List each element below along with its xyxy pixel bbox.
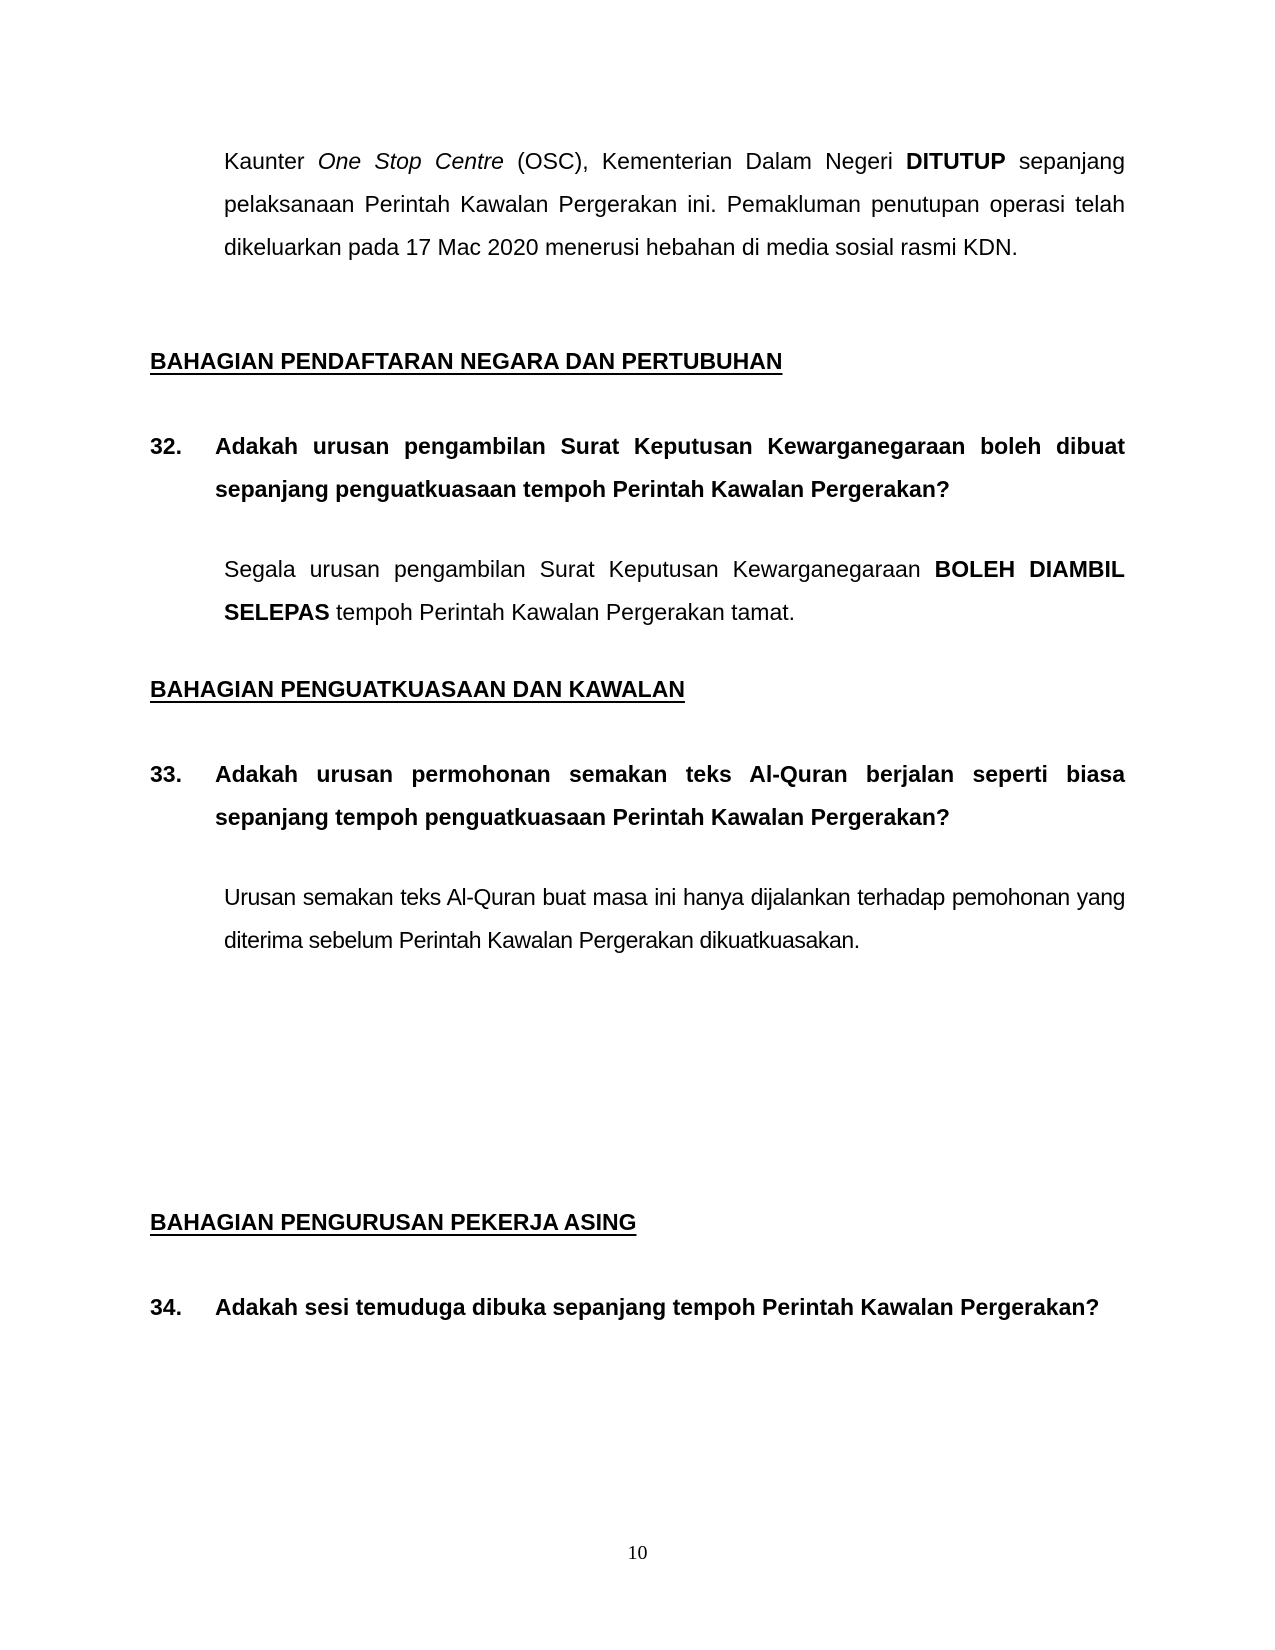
- text-run: Segala urusan pengambilan Surat Keputusa…: [224, 556, 935, 582]
- section-heading: BAHAGIAN PENGURUSAN PEKERJA ASING: [150, 1209, 636, 1236]
- question-number: 33.: [150, 753, 182, 796]
- question-text: Adakah sesi temuduga dibuka sepanjang te…: [215, 1286, 1125, 1329]
- question-text: Adakah urusan permohonan semakan teks Al…: [215, 753, 1125, 839]
- question-33: 33. Adakah urusan permohonan semakan tek…: [150, 753, 1125, 839]
- question-32: 32. Adakah urusan pengambilan Surat Kepu…: [150, 425, 1125, 511]
- answer-33: Urusan semakan teks Al-Quran buat masa i…: [224, 876, 1125, 962]
- intro-paragraph: Kaunter One Stop Centre (OSC), Kementeri…: [224, 140, 1125, 269]
- section-heading: BAHAGIAN PENDAFTARAN NEGARA DAN PERTUBUH…: [150, 348, 783, 375]
- question-text: Adakah urusan pengambilan Surat Keputusa…: [215, 425, 1125, 511]
- text-run: tempoh Perintah Kawalan Pergerakan tamat…: [330, 599, 795, 625]
- question-34: 34. Adakah sesi temuduga dibuka sepanjan…: [150, 1286, 1125, 1329]
- page-number: 10: [0, 1542, 1275, 1565]
- bold-term: DITUTUP: [906, 148, 1006, 174]
- question-number: 32.: [150, 425, 182, 468]
- question-number: 34.: [150, 1286, 182, 1329]
- answer-32: Segala urusan pengambilan Surat Keputusa…: [224, 548, 1125, 634]
- text-run: (OSC), Kementerian Dalam Negeri: [504, 148, 906, 174]
- section-heading: BAHAGIAN PENGUATKUASAAN DAN KAWALAN: [150, 676, 685, 703]
- document-page: Kaunter One Stop Centre (OSC), Kementeri…: [0, 0, 1275, 1650]
- text-run: Kaunter: [224, 148, 318, 174]
- italic-term: One Stop Centre: [318, 148, 504, 174]
